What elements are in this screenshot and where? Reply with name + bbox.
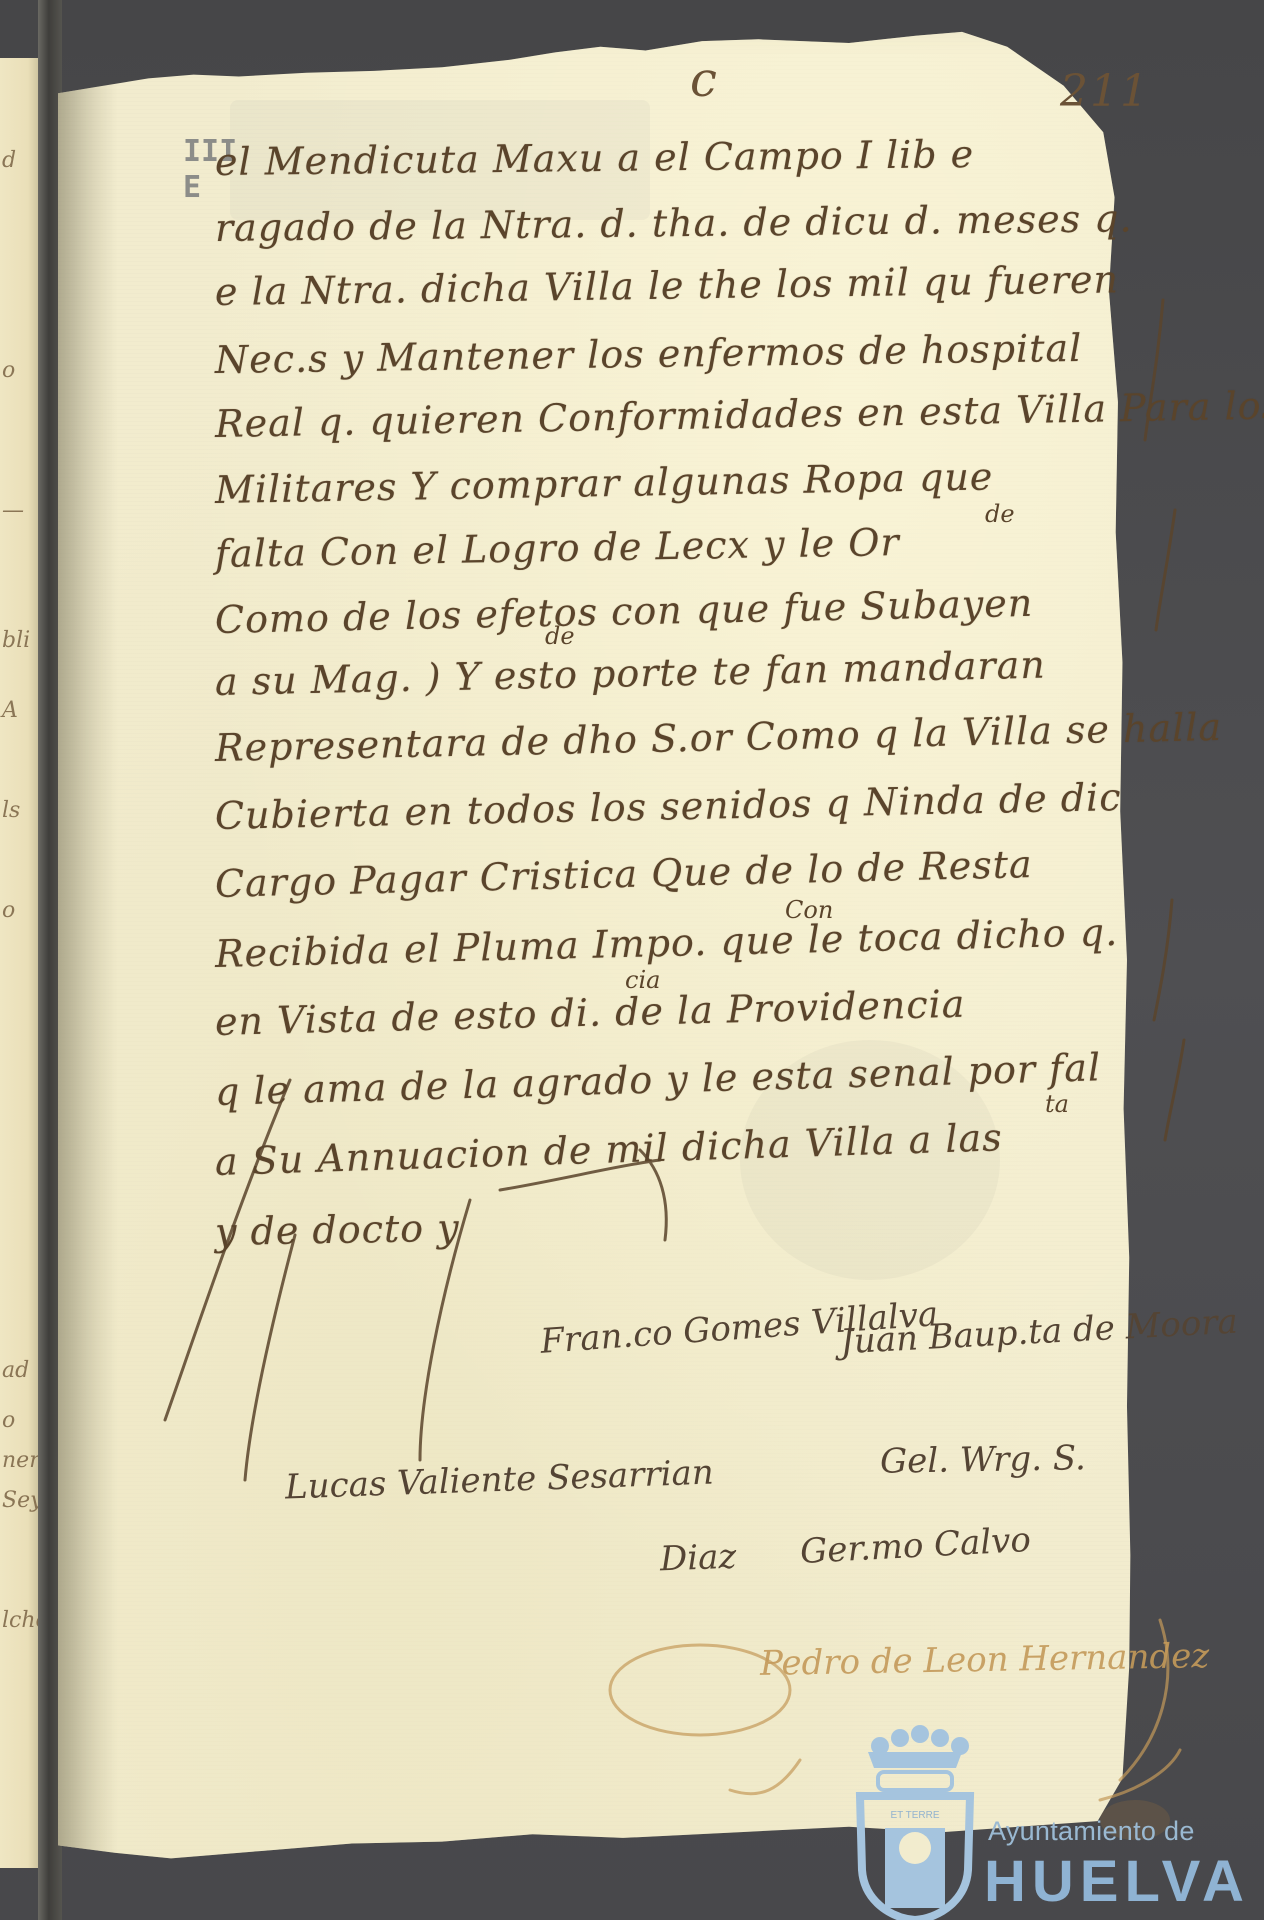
adjacent-page-fragment: ner: [2, 1448, 40, 1473]
signature: Gel. Wrg. S.: [880, 1438, 1086, 1482]
crest-motto: ET TERRE: [890, 1810, 939, 1821]
adjacent-page-fragment: ad: [2, 1358, 29, 1383]
signature: Diaz: [659, 1537, 737, 1580]
adjacent-page-fragment: bli: [2, 628, 30, 653]
interlinear-note: ta: [1045, 1090, 1069, 1118]
interlinear-note: cia: [625, 966, 660, 994]
adjacent-page-fragment: o: [2, 1408, 15, 1433]
huelva-city-watermark: ET TERRE Ayuntamiento de HUELVA: [850, 1720, 1264, 1920]
interlinear-note: de: [545, 622, 575, 650]
folio-number: 211: [1060, 66, 1150, 117]
adjacent-page-fragment: ls: [2, 798, 20, 823]
adjacent-page-fragment: Sey: [2, 1488, 43, 1513]
manuscript-line: y de docto y: [215, 1206, 460, 1254]
watermark-institution: Ayuntamiento de: [988, 1816, 1195, 1847]
adjacent-page-fragment: o: [2, 898, 15, 923]
huelva-crest-icon: ET TERRE: [850, 1720, 980, 1920]
interlinear-note: Con: [785, 896, 833, 924]
manuscript-line: el Mendicuta Maxu a el Campo I lib e: [215, 132, 975, 184]
signature-faded: Pedro de Leon Hernandez: [760, 1636, 1210, 1684]
adjacent-page-fragment: o: [2, 358, 15, 383]
adjacent-page-fragment: d: [2, 148, 16, 173]
top-mark: c: [690, 52, 717, 108]
interlinear-note: de: [985, 500, 1015, 528]
watermark-city: HUELVA: [984, 1848, 1250, 1915]
adjacent-page-fragment: —: [2, 498, 24, 523]
adjacent-page-fragment: A: [2, 698, 18, 723]
adjacent-page-strip: d o — bli A ls o ad o ner Sey lcho: [0, 58, 40, 1868]
